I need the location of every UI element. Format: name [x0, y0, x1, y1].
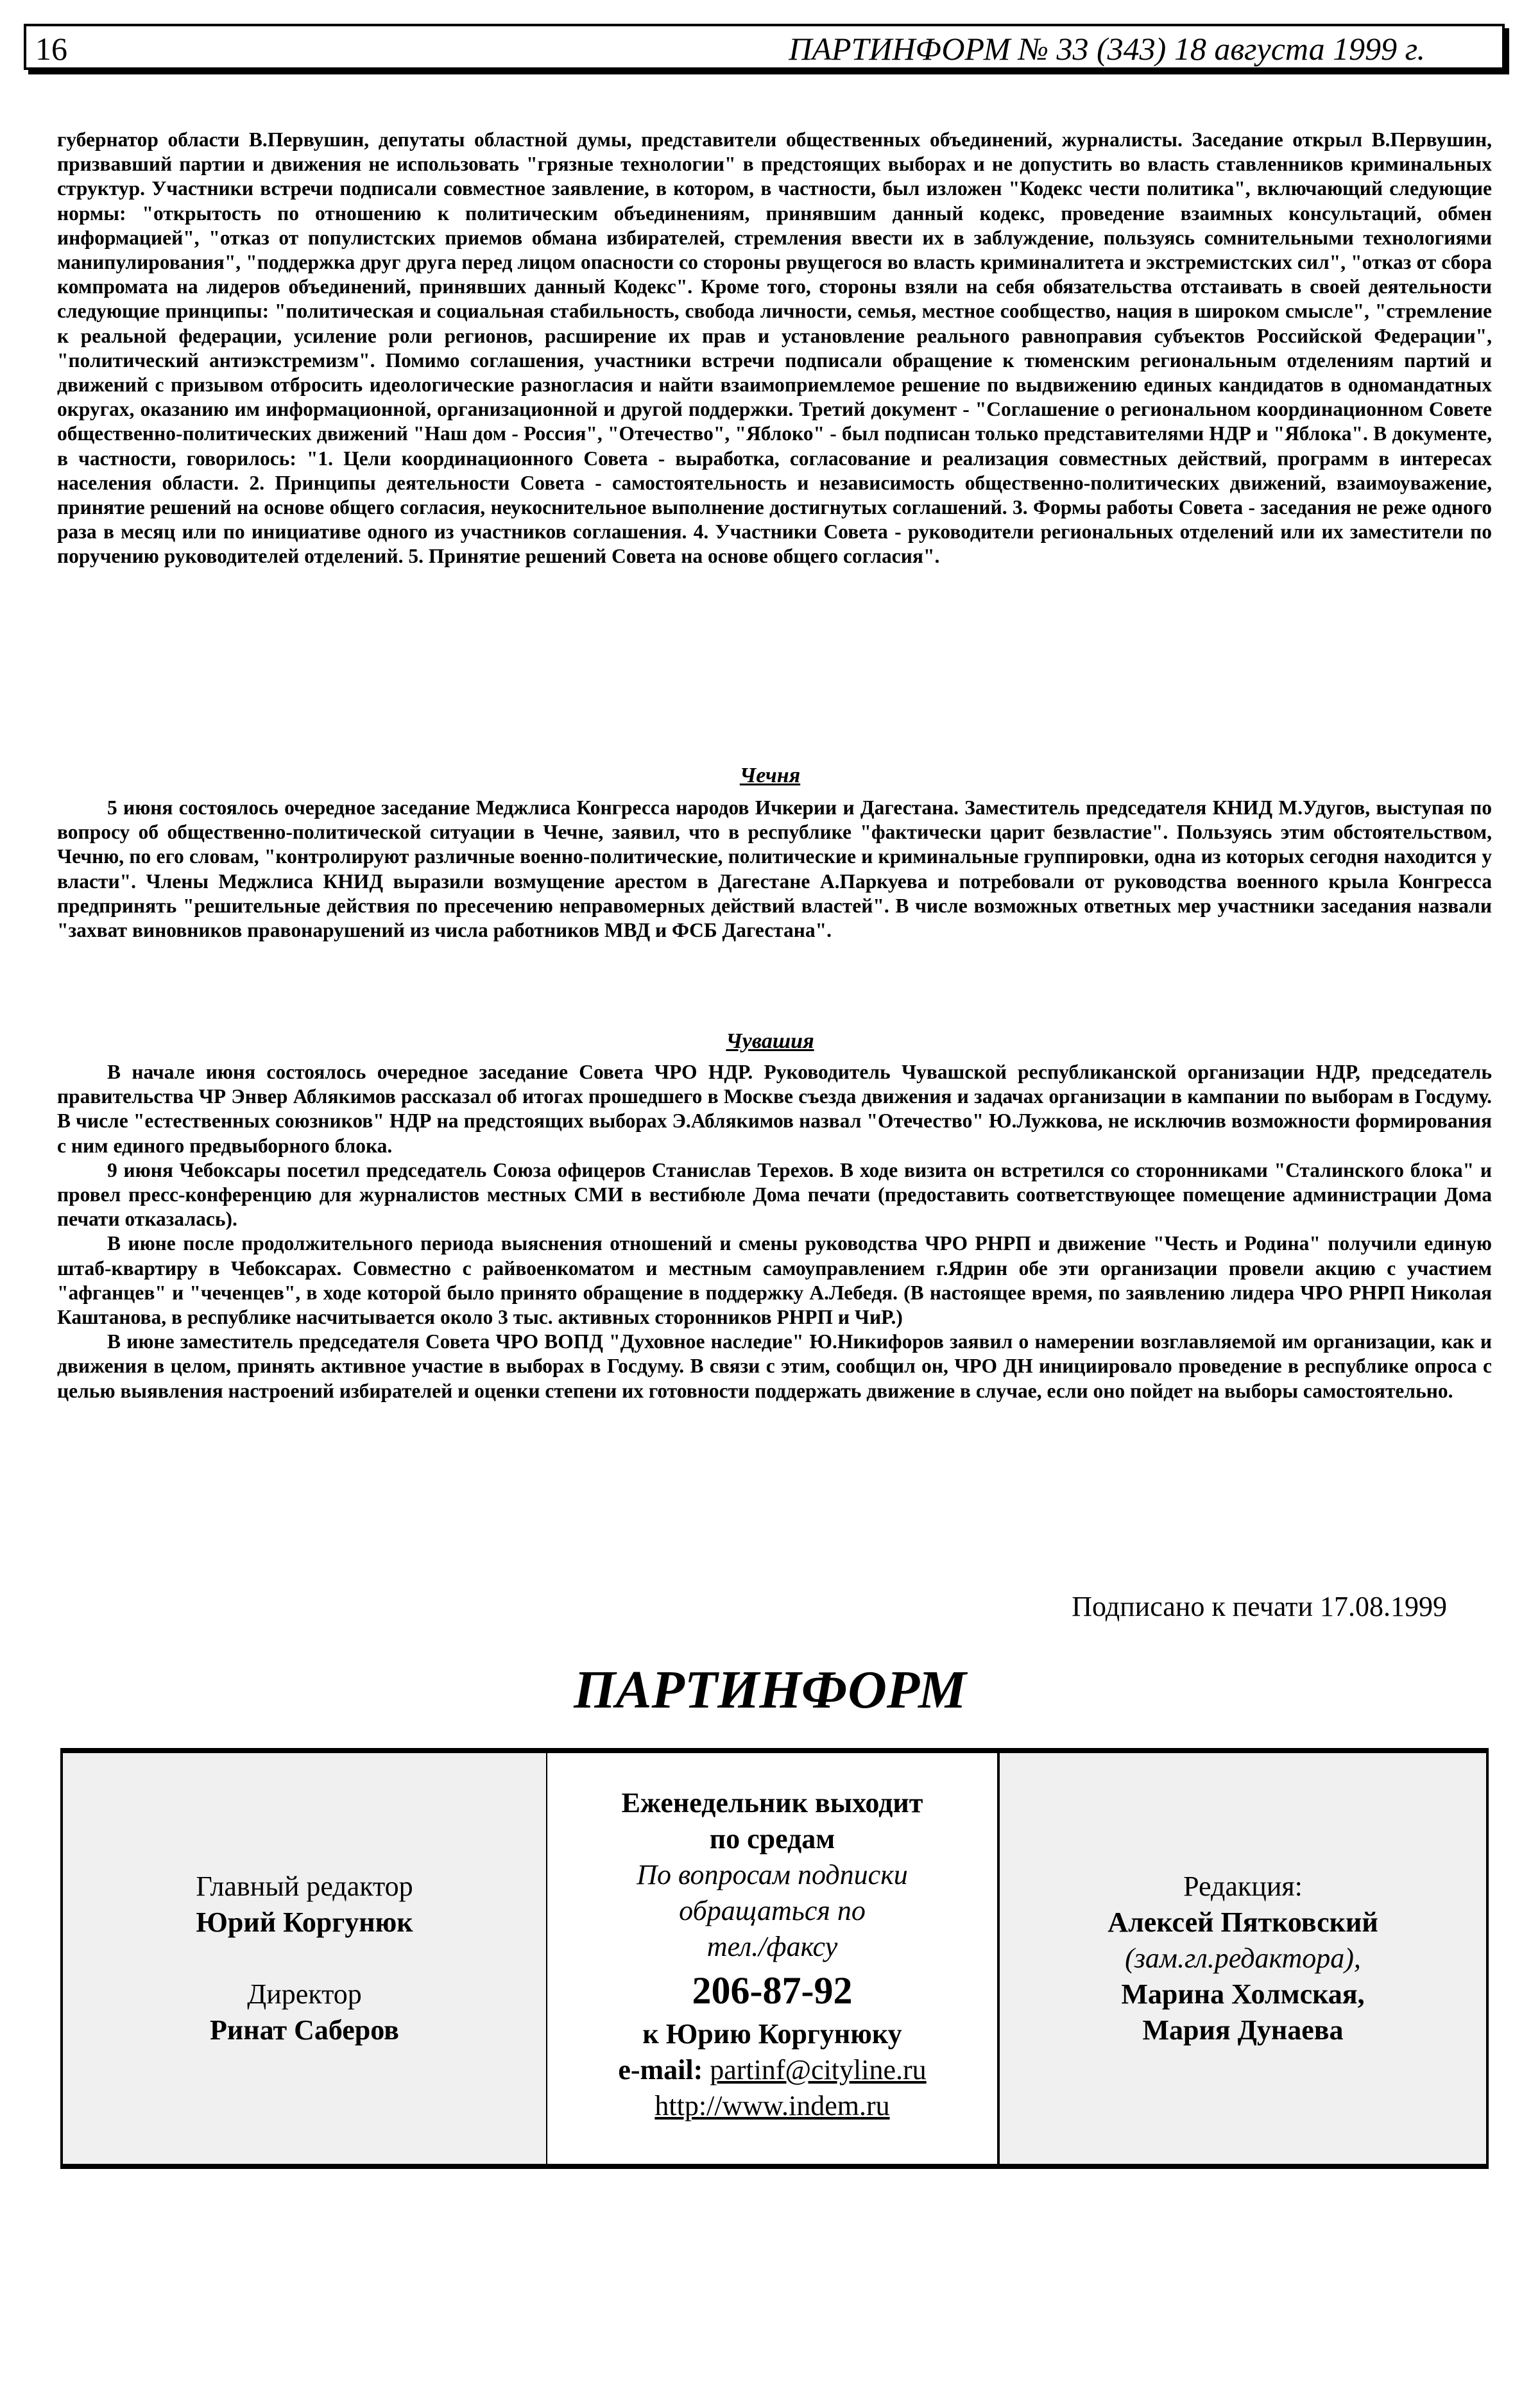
- staff-name-2: Марина Холмская,: [1121, 1976, 1364, 2012]
- schedule-line2: по средам: [710, 1821, 835, 1857]
- staff-name-3: Мария Дунаева: [1142, 2012, 1343, 2048]
- staff-role: Редакция:: [1183, 1869, 1303, 1905]
- intro-paragraph: губернатор области В.Первушин, депутаты …: [57, 128, 1492, 569]
- page-header: 16 ПАРТИНФОРМ № 33 (343) 18 августа 1999…: [24, 24, 1505, 70]
- masthead-left: Главный редактор Юрий Коргунюк Директор …: [63, 1753, 547, 2164]
- director-name: Ринат Саберов: [210, 2012, 399, 2048]
- contact-person: к Юрию Коргунюку: [642, 2016, 902, 2052]
- email-label: e-mail:: [618, 2054, 703, 2086]
- section-heading-chechnya: Чечня: [0, 764, 1540, 788]
- paragraph: В начале июня состоялось очередное засед…: [57, 1060, 1492, 1158]
- schedule-line1: Еженедельник выходит: [622, 1785, 923, 1821]
- signed-to-print: Подписано к печати 17.08.1999: [1072, 1590, 1447, 1623]
- masthead-right: Редакция: Алексей Пятковский (зам.гл.ред…: [1000, 1753, 1486, 2164]
- paragraph: 9 июня Чебоксары посетил председатель Со…: [57, 1158, 1492, 1232]
- paragraph: 5 июня состоялось очередное заседание Ме…: [57, 796, 1492, 943]
- editor-role: Главный редактор: [196, 1869, 413, 1905]
- subscribe-line2: обращаться по: [679, 1893, 866, 1929]
- paragraph: В июне заместитель председателя Совета Ч…: [57, 1330, 1492, 1403]
- editor-name: Юрий Коргунюк: [196, 1905, 413, 1941]
- paragraph: В июне после продолжительного периода вы…: [57, 1231, 1492, 1330]
- section-chechnya: 5 июня состоялось очередное заседание Ме…: [57, 796, 1492, 943]
- director-role: Директор: [247, 1976, 362, 2012]
- masthead-box: Главный редактор Юрий Коргунюк Директор …: [60, 1748, 1489, 2169]
- subscribe-line1: По вопросам подписки: [637, 1857, 908, 1893]
- intro-article: губернатор области В.Первушин, депутаты …: [57, 128, 1492, 569]
- phone-number: 206-87-92: [692, 1965, 853, 2016]
- staff-note-1: (зам.гл.редактора),: [1125, 1941, 1361, 1976]
- email-link[interactable]: partinf@cityline.ru: [710, 2054, 926, 2086]
- masthead-title: ПАРТИНФОРМ: [0, 1659, 1540, 1721]
- email-line: e-mail: partinf@cityline.ru: [618, 2052, 926, 2088]
- staff-name-1: Алексей Пятковский: [1108, 1905, 1378, 1941]
- subscribe-line3: тел./факсу: [707, 1929, 838, 1965]
- section-chuvashia: В начале июня состоялось очередное засед…: [57, 1060, 1492, 1403]
- section-heading-chuvashia: Чувашия: [0, 1029, 1540, 1054]
- website-link[interactable]: http://www.indem.ru: [654, 2088, 889, 2124]
- masthead-center: Еженедельник выходит по средам По вопрос…: [547, 1753, 1000, 2164]
- issue-title: ПАРТИНФОРМ № 33 (343) 18 августа 1999 г.: [789, 30, 1425, 67]
- page-number: 16: [35, 30, 67, 67]
